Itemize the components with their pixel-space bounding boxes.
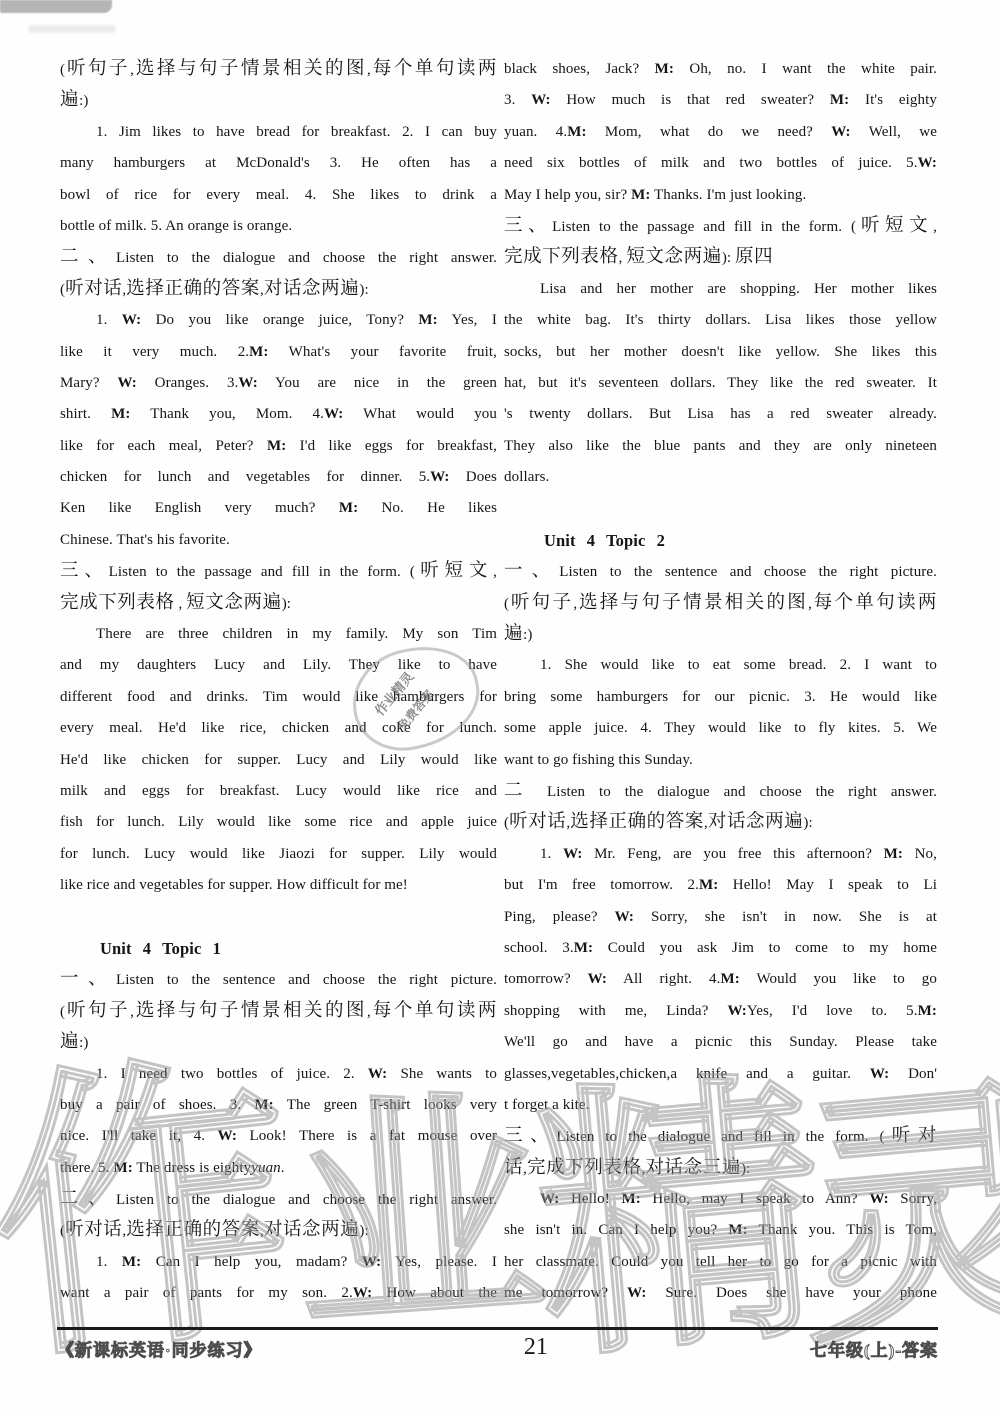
text-line: (听句子,选择与句子情景相关的图,每个单句读两 — [60, 54, 497, 85]
text-line: 1. Jim likes to have bread for breakfast… — [60, 117, 497, 148]
book-title: 《新课标英语·同步练习》 — [57, 1332, 262, 1361]
text-line: 1. M: Can I help you, madam? W: Yes, ple… — [60, 1247, 497, 1278]
text-line: Mary? W: Oranges. 3.W: You are nice in t… — [60, 368, 497, 399]
text-line: May I help you, sir? M: Thanks. I'm just… — [504, 180, 937, 211]
text-line: glasses,vegetables,chicken,a knife and a… — [504, 1059, 937, 1090]
text-line: (听句子,选择与句子情景相关的图,每个单句读两 — [504, 588, 937, 619]
scan-smudge-top-left — [0, 0, 112, 13]
text-line: 一、Listen to the sentence and choose the … — [60, 964, 497, 995]
text-line: Chinese. That's his favorite. — [60, 525, 497, 556]
text-line: We'll go and have a picnic this Sunday. … — [504, 1027, 937, 1058]
text-line: for lunch. Lucy would like Jiaozi for su… — [60, 839, 497, 870]
text-line: need six bottles of milk and two bottles… — [504, 148, 937, 179]
text-line: the white bag. It's thirty dollars. Lisa… — [504, 305, 937, 336]
text-line: but I'm free tomorrow. 2.M: Hello! May I… — [504, 870, 937, 901]
text-line: 二 Listen to the dialogue and choose the … — [504, 776, 937, 807]
text-line: 完成下列表格, 短文念两遍): 原四 — [504, 242, 937, 273]
right-column: black shoes, Jack? M: Oh, no. I want the… — [504, 54, 937, 1310]
text-line: tomorrow? W: All right. 4.M: Would you l… — [504, 964, 937, 995]
text-line: They also like the blue pants and they a… — [504, 431, 937, 462]
text-line: bowl of rice for every meal. 4. She like… — [60, 180, 497, 211]
text-line: Ken like English very much? M: No. He li… — [60, 493, 497, 524]
text-line: 三、Listen to the dialogue and fill in the… — [504, 1121, 937, 1152]
text-line — [504, 493, 937, 524]
text-line: 二、Listen to the dialogue and choose the … — [60, 242, 497, 273]
text-line: W: Hello! M: Hello, may I speak to Ann? … — [504, 1184, 937, 1215]
text-line: milk and eggs for breakfast. Lucy would … — [60, 776, 497, 807]
text-line: some apple juice. 4. They would like to … — [504, 713, 937, 744]
footer-right-label: 七年级(上)-答案 — [810, 1332, 938, 1361]
text-line: there. 5. M: The dress is eightyyuan. — [60, 1153, 497, 1184]
text-line: There are three children in my family. M… — [60, 619, 497, 650]
scan-smudge-faint — [28, 25, 116, 33]
text-line: Ping, please? W: Sorry, she isn't in now… — [504, 902, 937, 933]
footer: 《新课标英语·同步练习》 21 七年级(上)-答案 — [57, 1332, 938, 1361]
text-line — [60, 902, 497, 933]
text-line: (听对话,选择正确的答案,对话念两遍): — [60, 1215, 497, 1246]
text-line: 话,完成下列表格,对话念三遍): — [504, 1153, 937, 1184]
text-line: 1. I need two bottles of juice. 2. W: Sh… — [60, 1059, 497, 1090]
text-line: buy a pair of shoes. 3. M: The green T-s… — [60, 1090, 497, 1121]
text-line: 's twenty dollars. But Lisa has a red sw… — [504, 399, 937, 430]
text-line: (听对话,选择正确的答案,对话念两遍): — [60, 274, 497, 305]
text-line: dollars. — [504, 462, 937, 493]
text-line: 一、Listen to the sentence and choose the … — [504, 556, 937, 587]
text-line: many hamburgers at McDonald's 3. He ofte… — [60, 148, 497, 179]
text-line: Lisa and her mother are shopping. Her mo… — [504, 274, 937, 305]
text-line: (听句子,选择与句子情景相关的图,每个单句读两 — [60, 996, 497, 1027]
text-line: me tomorrow? W: Sure. Does she have your… — [504, 1278, 937, 1309]
text-line: 三、Listen to the passage and fill in the … — [504, 211, 937, 242]
text-line: black shoes, Jack? M: Oh, no. I want the… — [504, 54, 937, 85]
text-line: 遍:) — [60, 1027, 497, 1058]
text-line: nice. I'll take it, 4. W: Look! There is… — [60, 1121, 497, 1152]
text-line: she isn't in. Can I help you? M: Thank y… — [504, 1215, 937, 1246]
text-line: 遍:) — [60, 85, 497, 116]
text-line: like for each meal, Peter? M: I'd like e… — [60, 431, 497, 462]
text-line: shopping with me, Linda? W:Yes, I'd love… — [504, 996, 937, 1027]
text-line: school. 3.M: Could you ask Jim to come t… — [504, 933, 937, 964]
text-line: 1. W: Do you like orange juice, Tony? M:… — [60, 305, 497, 336]
text-line: want a pair of pants for my son. 2.W: Ho… — [60, 1278, 497, 1309]
text-line: want to go fishing this Sunday. — [504, 745, 937, 776]
text-line: (听对话,选择正确的答案,对话念两遍): — [504, 807, 937, 838]
text-line: chicken for lunch and vegetables for din… — [60, 462, 497, 493]
text-line: 3. W: How much is that red sweater? M: I… — [504, 85, 937, 116]
text-line: bring some hamburgers for our picnic. 3.… — [504, 682, 937, 713]
text-line: 二、Listen to the dialogue and choose the … — [60, 1184, 497, 1215]
text-line: fish for lunch. Lily would like some ric… — [60, 807, 497, 838]
text-line: 完成下列表格 , 短文念两遍): — [60, 588, 497, 619]
text-line: 遍:) — [504, 619, 937, 650]
text-line: shirt. M: Thank you, Mom. 4.W: What woul… — [60, 399, 497, 430]
section-heading: Unit 4 Topic 1 — [60, 933, 497, 964]
text-line: yuan. 4.M: Mom, what do we need? W: Well… — [504, 117, 937, 148]
text-line: bottle of milk. 5. An orange is orange. — [60, 211, 497, 242]
text-line: like it very much. 2.M: What's your favo… — [60, 337, 497, 368]
text-line: t forget a kite. — [504, 1090, 937, 1121]
text-line: like rice and vegetables for supper. How… — [60, 870, 497, 901]
page-number: 21 — [524, 1332, 548, 1361]
scanned-answer-page: (听句子,选择与句子情景相关的图,每个单句读两遍:)1. Jim likes t… — [0, 0, 1000, 1413]
text-line: 1. W: Mr. Feng, are you free this aftern… — [504, 839, 937, 870]
footer-rule — [57, 1327, 938, 1330]
section-heading: Unit 4 Topic 2 — [504, 525, 937, 556]
text-line: He'd like chicken for supper. Lucy and L… — [60, 745, 497, 776]
text-line: her classmate. Could you tell her to go … — [504, 1247, 937, 1278]
text-line: socks, but her mother doesn't like yello… — [504, 337, 937, 368]
text-line: 1. She would like to eat some bread. 2. … — [504, 650, 937, 681]
text-line: hat, but it's seventeen dollars. They li… — [504, 368, 937, 399]
text-line: 三、Listen to the passage and fill in the … — [60, 556, 497, 587]
